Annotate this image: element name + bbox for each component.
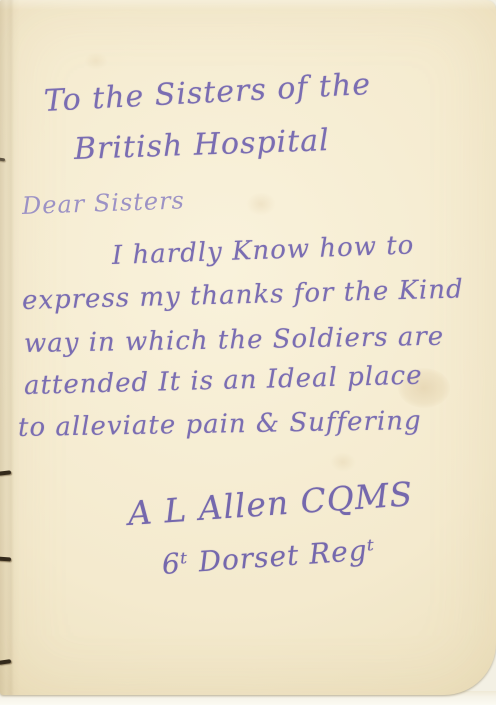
binding-stitch-icon xyxy=(0,557,11,562)
signature-name: A L Allen CQMS xyxy=(127,474,415,533)
foxing-stain xyxy=(330,452,356,472)
scanned-document: To the Sisters of the British Hospital D… xyxy=(0,0,496,705)
binding-stitch-icon xyxy=(0,158,5,162)
body-line-3: way in which the Soldiers are xyxy=(24,322,445,359)
salutation-line-2: British Hospital xyxy=(73,123,330,167)
foxing-stain xyxy=(84,52,108,70)
page-top-highlight xyxy=(0,0,496,10)
body-line-1: I hardly Know how to xyxy=(111,230,414,271)
salutation-line-1: To the Sisters of the xyxy=(43,67,372,119)
body-line-2: express my thanks for the Kind xyxy=(22,274,464,316)
binding-gutter xyxy=(0,0,20,695)
foxing-stain xyxy=(246,192,276,216)
greeting-line: Dear Sisters xyxy=(22,186,186,220)
signature-regiment: 6ᵗ Dorset Regᵗ xyxy=(161,533,377,581)
body-line-5: to alleviate pain & Suffering xyxy=(18,406,422,443)
album-page: To the Sisters of the British Hospital D… xyxy=(0,0,496,695)
body-line-4: attended It is an Ideal place xyxy=(24,361,423,401)
